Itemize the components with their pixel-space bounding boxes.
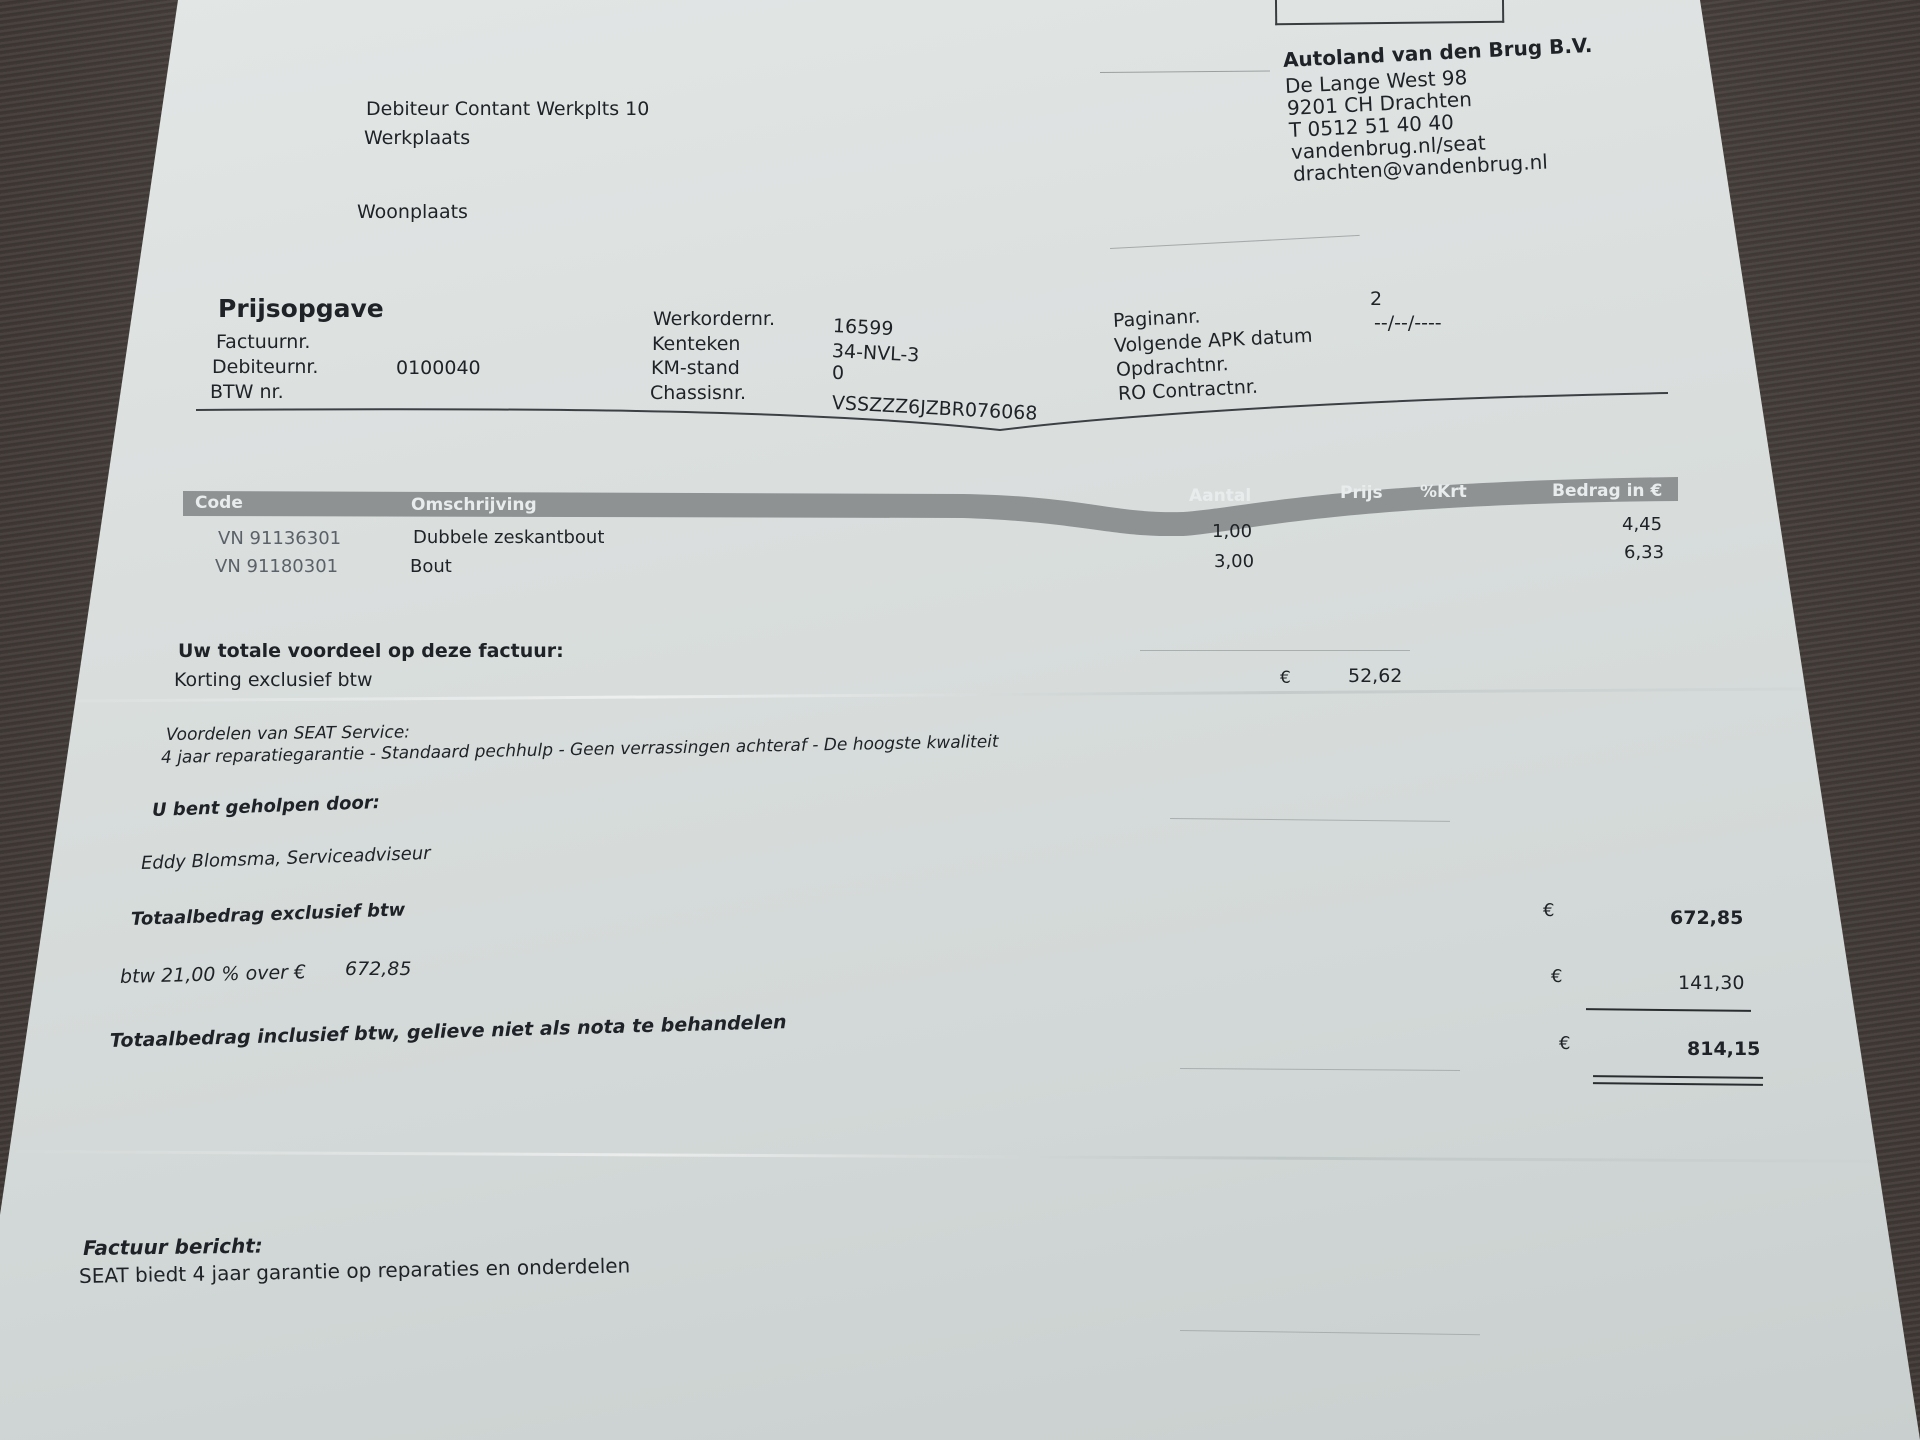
cell-quantity: 3,00	[1214, 551, 1254, 572]
vat-label: btw 21,00 % over €	[120, 961, 307, 988]
column-header-code: Code	[195, 493, 243, 513]
header-divider	[0, 0, 1920, 500]
table-header: Code Omschrijving Aantal Prijs %Krt Bedr…	[183, 474, 1678, 536]
cell-code: VN 91180301	[215, 556, 338, 577]
seat-service-heading: Voordelen van SEAT Service:	[166, 722, 410, 745]
cell-amount: 4,45	[1622, 514, 1662, 535]
faint-rule	[1140, 650, 1410, 651]
total-excl-currency: €	[1543, 900, 1554, 921]
paper-fold	[0, 1150, 1920, 1163]
column-header-krt: %Krt	[1420, 482, 1467, 502]
helped-by-heading: U bent geholpen door:	[152, 792, 381, 821]
cell-code: VN 91136301	[218, 528, 341, 549]
column-header-aantal: Aantal	[1189, 486, 1251, 506]
cell-description: Dubbele zeskantbout	[413, 527, 604, 548]
advantage-currency: €	[1280, 668, 1291, 688]
column-header-omschrijving: Omschrijving	[411, 495, 537, 515]
advantage-label: Korting exclusief btw	[174, 669, 373, 691]
faint-rule	[1180, 1330, 1480, 1335]
vat-currency: €	[1551, 966, 1562, 987]
faint-rule	[1170, 818, 1450, 822]
advantage-value: 52,62	[1348, 665, 1402, 687]
total-incl-value: 814,15	[1687, 1038, 1760, 1060]
total-excl-label: Totaalbedrag exclusief btw	[131, 899, 406, 930]
cell-quantity: 1,00	[1212, 521, 1252, 542]
subtotal-underline	[1586, 1008, 1751, 1012]
column-header-bedrag: Bedrag in €	[1552, 481, 1662, 501]
vat-value: 141,30	[1678, 972, 1744, 994]
column-header-prijs: Prijs	[1340, 483, 1383, 503]
helped-by-name: Eddy Blomsma, Serviceadviseur	[141, 843, 431, 874]
vat-base: 672,85	[345, 958, 411, 980]
invoice-paper: Service Autoland van den Brug B.V. De La…	[0, 0, 1920, 1440]
advantage-heading: Uw totale voordeel op deze factuur:	[178, 640, 564, 662]
invoice-message-heading: Factuur bericht:	[83, 1233, 263, 1260]
cell-amount: 6,33	[1624, 542, 1664, 563]
total-incl-currency: €	[1559, 1033, 1570, 1054]
total-incl-label: Totaalbedrag inclusief btw, gelieve niet…	[110, 1011, 787, 1052]
total-excl-value: 672,85	[1670, 907, 1743, 929]
total-double-underline	[1593, 1075, 1763, 1086]
faint-rule	[1180, 1068, 1460, 1071]
cell-description: Bout	[410, 556, 452, 577]
